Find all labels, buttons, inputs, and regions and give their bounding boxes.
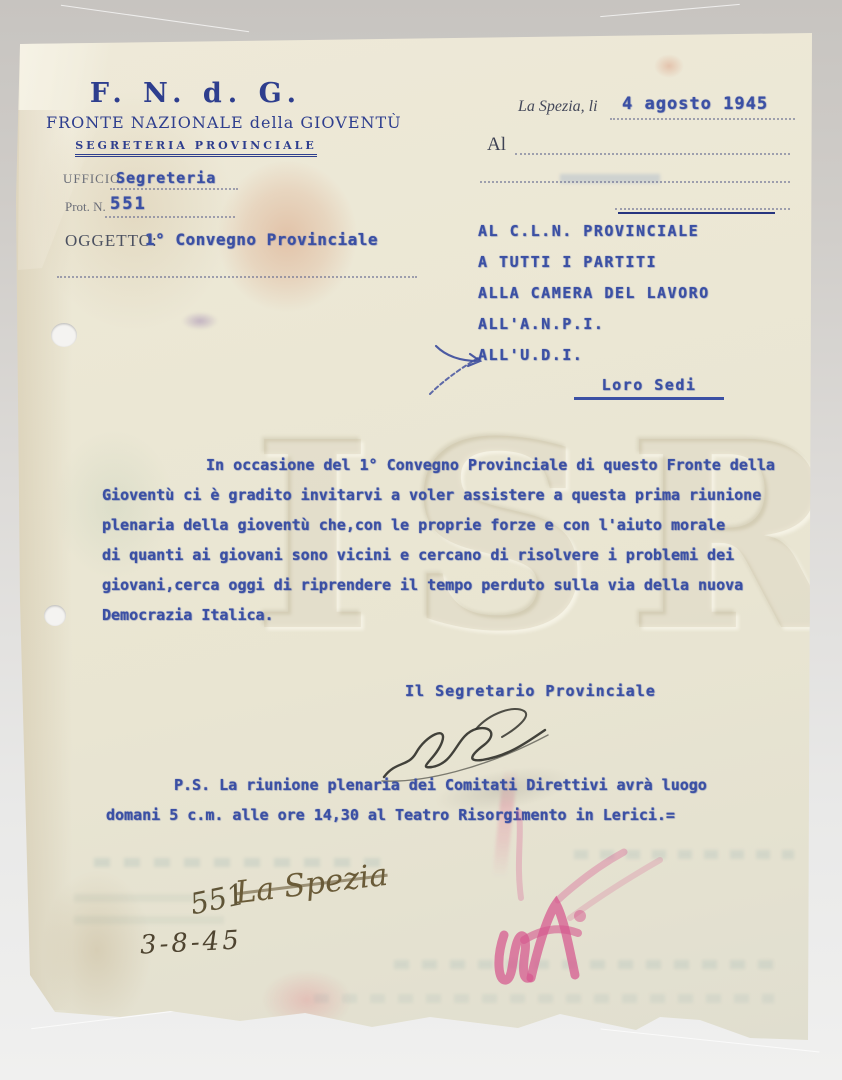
typed-date: 4 agosto 1945 <box>622 94 768 114</box>
address-line <box>515 153 790 155</box>
recipient-line: ALLA CAMERA DEL LAVORO <box>478 284 710 302</box>
recipient-line: AL C.L.N. PROVINCIALE <box>478 222 699 240</box>
body-line: In occasione del 1° Convegno Provinciale… <box>102 450 792 480</box>
to-label: Al <box>487 134 506 156</box>
body-line: giovani,cerca oggi di riprendere il temp… <box>102 570 792 600</box>
pink-spot-top <box>654 54 684 78</box>
address-underline <box>618 212 775 214</box>
scanned-letter-page: { "document": { "letterhead": { "initial… <box>0 0 842 1080</box>
recipient-line: A TUTTI I PARTITI <box>478 253 657 271</box>
edge-stain-left <box>16 110 72 1010</box>
handwritten-place: La Spezia <box>233 857 389 911</box>
background-scratch <box>600 4 740 17</box>
letter-paper: ISR F. N. d. G. FRONTE NAZIONALE della G… <box>14 30 814 1044</box>
pen-check-mark <box>424 330 494 400</box>
date-line <box>610 118 795 120</box>
address-line <box>615 208 790 210</box>
org-name: FRONTE NAZIONALE della GIOVENTÙ <box>46 113 346 132</box>
recipient-line: ALL'A.N.P.I. <box>478 315 604 333</box>
red-crayon-mark <box>448 800 708 1030</box>
recipients-closing: Loro Sedi <box>574 376 724 400</box>
prot-line <box>105 216 235 218</box>
body-line: Gioventù ci è gradito invitarvi a voler … <box>102 480 792 510</box>
bottom-left-stain <box>42 870 152 1030</box>
ufficio-label: UFFICIO <box>63 171 121 187</box>
oggetto-label: OGGETTO: <box>65 231 158 251</box>
prot-value: 551 <box>110 194 147 214</box>
recipients-closing-text: Loro Sedi <box>602 376 697 394</box>
purple-smudge <box>182 312 218 330</box>
pink-smudge-bottom <box>262 970 352 1030</box>
punch-hole <box>44 605 66 626</box>
oggetto-line <box>57 276 417 278</box>
body-line: Democrazia Italica. <box>102 600 792 630</box>
handwritten-date: 3-8-45 <box>139 925 242 960</box>
body-line: plenaria della gioventù che,con le propr… <box>102 510 792 540</box>
place-date-label: La Spezia, li <box>518 98 598 116</box>
letter-body: In occasione del 1° Convegno Provinciale… <box>102 450 792 630</box>
address-line <box>480 181 790 183</box>
oggetto-value: 1° Convegno Provinciale <box>145 230 378 249</box>
org-department: SEGRETERIA PROVINCIALE <box>75 139 317 157</box>
ufficio-line <box>110 188 238 190</box>
postscript-line: P.S. La riunione plenaria dei Comitati D… <box>174 776 707 794</box>
org-initials: F. N. d. G. <box>46 78 346 109</box>
prot-label: Prot. N. <box>65 199 106 215</box>
background-scratch <box>61 5 249 32</box>
punch-hole <box>51 323 77 347</box>
body-line: di quanti ai giovani sono vicini e cerca… <box>102 540 792 570</box>
letterhead: F. N. d. G. FRONTE NAZIONALE della GIOVE… <box>46 78 346 157</box>
ufficio-value: Segreteria <box>116 169 216 187</box>
